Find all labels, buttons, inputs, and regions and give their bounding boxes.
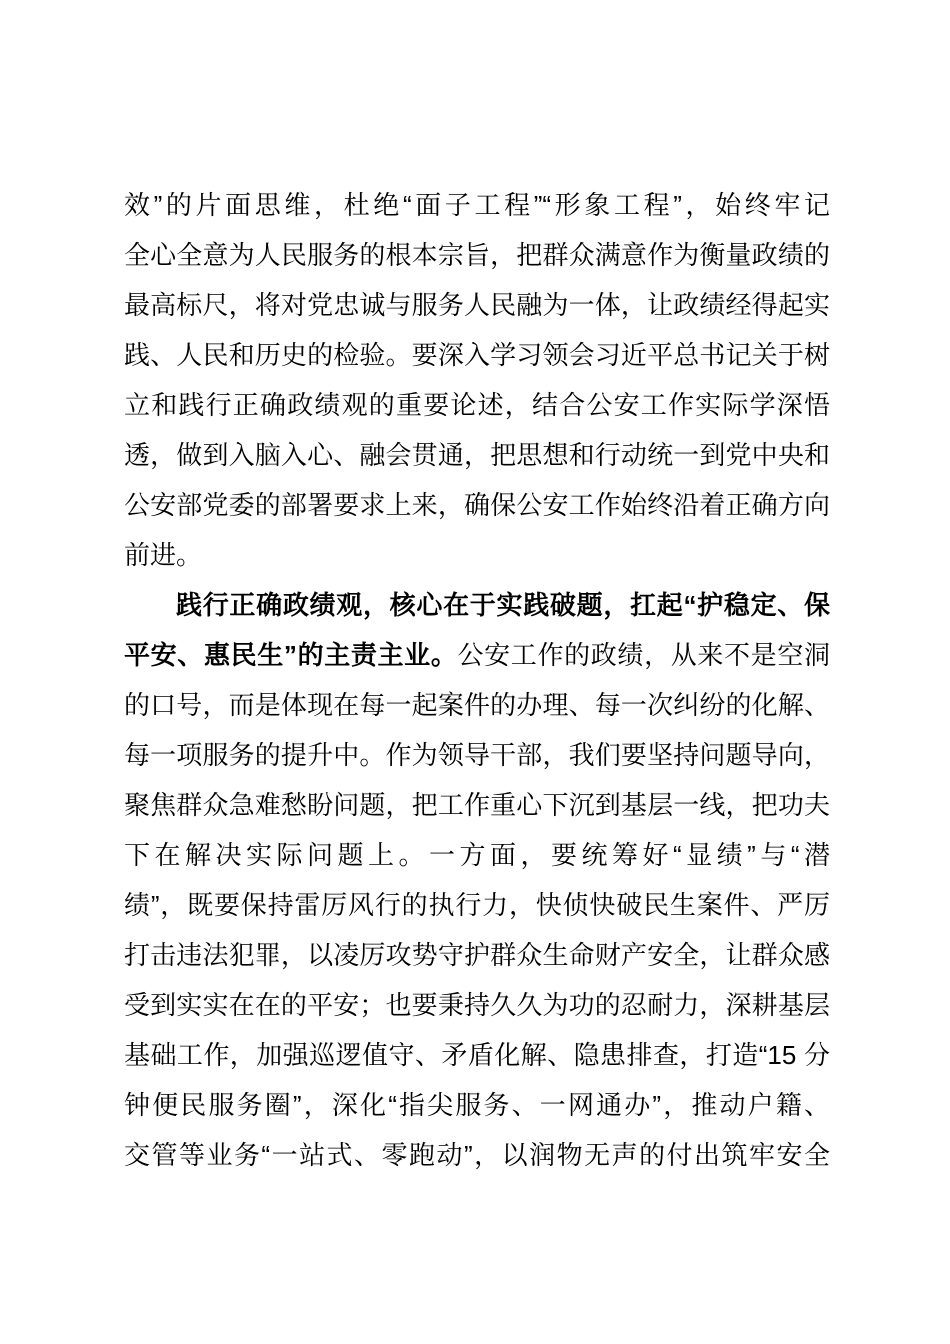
text-segment: 前进。: [124, 540, 202, 570]
text-segment: 的口号，而是体现在每一起案件的办理、每一次纠纷的化解、: [124, 690, 830, 720]
text-segment: 交管等业务“一站式、零跑动”，以润物无声的付出筑牢安全: [124, 1140, 830, 1170]
text-segment: 钟便民服务圈”，深化“指尖服务、一网通办”，推动户籍、: [124, 1090, 830, 1120]
text-segment: 践、人民和历史的检验。要深入学习领会习近平总书记关于树: [124, 340, 830, 370]
text-line: 公安部党委的部署要求上来，确保公安工作始终沿着正确方向: [124, 480, 830, 530]
text-line: 立和践行正确政绩观的重要论述，结合公安工作实际学深悟: [124, 380, 830, 430]
text-segment: 全心全意为人民服务的根本宗旨，把群众满意作为衡量政绩的: [124, 240, 830, 270]
text-segment: 最高标尺，将对党忠诚与服务人民融为一体，让政绩经得起实: [124, 290, 830, 320]
text-segment: 绩”，既要保持雷厉风行的执行力，快侦快破民生案件、严厉: [124, 890, 830, 920]
text-line: 透，做到入脑入心、融会贯通，把思想和行动统一到党中央和: [124, 430, 830, 480]
text-segment: 立和践行正确政绩观的重要论述，结合公安工作实际学深悟: [124, 390, 830, 420]
text-segment: 聚焦群众急难愁盼问题，把工作重心下沉到基层一线，把功夫: [124, 790, 830, 820]
text-line: 效”的片面思维，杜绝“面子工程”“形象工程”，始终牢记: [124, 180, 830, 230]
bold-text-segment: 践行正确政绩观，核心在于实践破题，扛起“护稳定、保: [176, 590, 830, 620]
text-segment: 效”的片面思维，杜绝“面子工程”“形象工程”，始终牢记: [124, 190, 830, 220]
text-line: 下在解决实际问题上。一方面，要统筹好“显绩”与“潜: [124, 830, 830, 880]
text-line: 全心全意为人民服务的根本宗旨，把群众满意作为衡量政绩的: [124, 230, 830, 280]
document-page: 效”的片面思维，杜绝“面子工程”“形象工程”，始终牢记全心全意为人民服务的根本宗…: [0, 0, 950, 1344]
text-line: 受到实实在在的平安；也要秉持久久为功的忍耐力，深耕基层: [124, 980, 830, 1030]
bold-text-segment: 平安、惠民生”的主责主业。: [124, 640, 458, 670]
text-segment: 透，做到入脑入心、融会贯通，把思想和行动统一到党中央和: [124, 440, 830, 470]
text-line: 交管等业务“一站式、零跑动”，以润物无声的付出筑牢安全: [124, 1130, 830, 1180]
text-segment: 基础工作，加强巡逻值守、矛盾化解、隐患排查，打造“15 分: [124, 1040, 830, 1070]
text-segment: 公安工作的政绩，从来不是空洞: [458, 640, 831, 670]
text-segment: 公安部党委的部署要求上来，确保公安工作始终沿着正确方向: [124, 490, 830, 520]
text-line: 聚焦群众急难愁盼问题，把工作重心下沉到基层一线，把功夫: [124, 780, 830, 830]
text-line: 平安、惠民生”的主责主业。公安工作的政绩，从来不是空洞: [124, 630, 830, 680]
text-line: 的口号，而是体现在每一起案件的办理、每一次纠纷的化解、: [124, 680, 830, 730]
text-line: 践、人民和历史的检验。要深入学习领会习近平总书记关于树: [124, 330, 830, 380]
text-segment: 受到实实在在的平安；也要秉持久久为功的忍耐力，深耕基层: [124, 990, 830, 1020]
text-segment: 打击违法犯罪，以凌厉攻势守护群众生命财产安全，让群众感: [124, 940, 830, 970]
text-line: 基础工作，加强巡逻值守、矛盾化解、隐患排查，打造“15 分: [124, 1030, 830, 1080]
text-segment: 下在解决实际问题上。一方面，要统筹好“显绩”与“潜: [124, 840, 830, 870]
text-line: 绩”，既要保持雷厉风行的执行力，快侦快破民生案件、严厉: [124, 880, 830, 930]
text-line: 每一项服务的提升中。作为领导干部，我们要坚持问题导向，: [124, 730, 830, 780]
text-line: 践行正确政绩观，核心在于实践破题，扛起“护稳定、保: [124, 580, 830, 630]
text-line: 钟便民服务圈”，深化“指尖服务、一网通办”，推动户籍、: [124, 1080, 830, 1130]
document-content: 效”的片面思维，杜绝“面子工程”“形象工程”，始终牢记全心全意为人民服务的根本宗…: [124, 180, 830, 1180]
text-line: 最高标尺，将对党忠诚与服务人民融为一体，让政绩经得起实: [124, 280, 830, 330]
text-line: 前进。: [124, 530, 830, 580]
text-segment: 每一项服务的提升中。作为领导干部，我们要坚持问题导向，: [124, 740, 830, 770]
text-line: 打击违法犯罪，以凌厉攻势守护群众生命财产安全，让群众感: [124, 930, 830, 980]
